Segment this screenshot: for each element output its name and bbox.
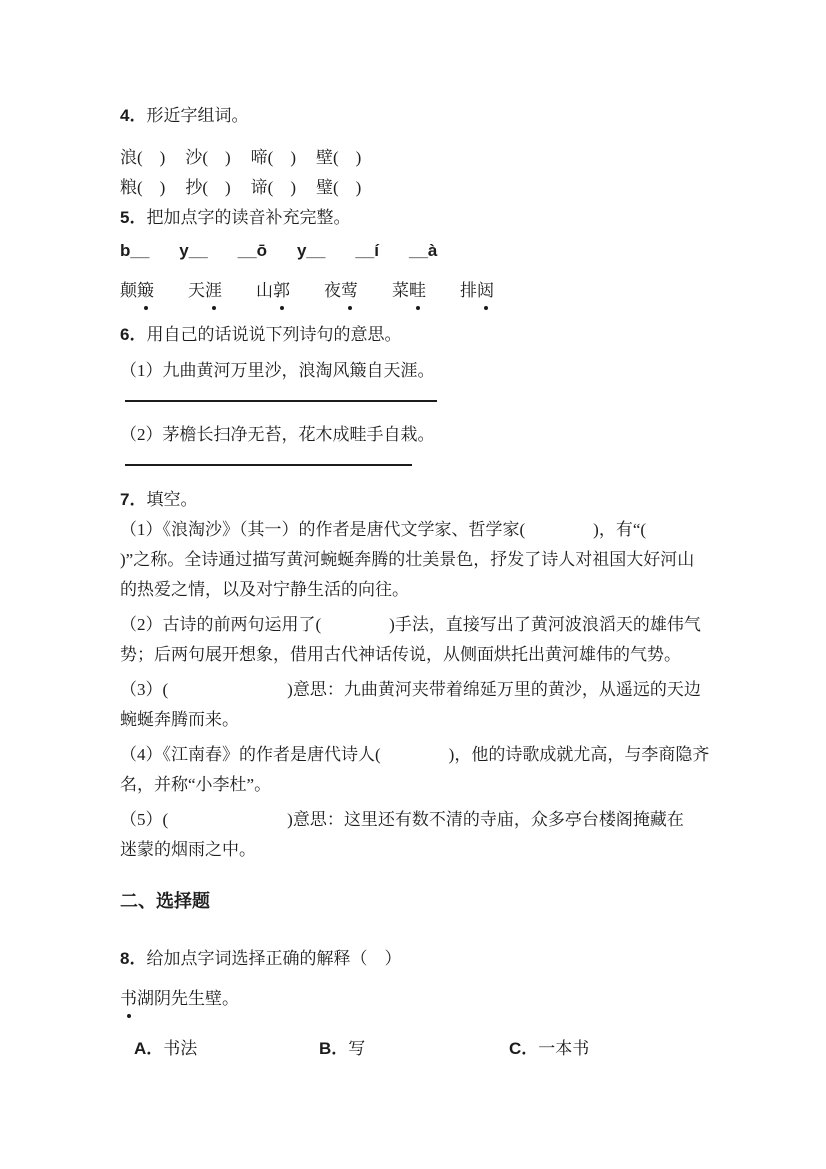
word-item: 颠簸 bbox=[120, 276, 154, 306]
option-b-letter: B． bbox=[319, 1039, 348, 1058]
word-item: 山郭 bbox=[256, 276, 290, 306]
fill-blank-line: 名，并称“小李杜”。 bbox=[120, 770, 716, 800]
pinyin-blank: __í bbox=[355, 236, 379, 266]
worksheet-page: 4．形近字组词。 浪( ) 沙( ) 啼( ) 壁( ) 粮( ) 抄( ) 谛… bbox=[0, 0, 826, 1169]
dotted-char: 涯 bbox=[205, 276, 222, 306]
word-item: 天涯 bbox=[188, 276, 222, 306]
fill-blank-line: （2）古诗的前两句运用了( )手法，直接写出了黄河波浪滔天的雄伟气 bbox=[120, 610, 716, 640]
question-7-title: 7．填空。 bbox=[120, 485, 716, 515]
worksheet-content: 4．形近字组词。 浪( ) 沙( ) 啼( ) 壁( ) 粮( ) 抄( ) 谛… bbox=[120, 101, 716, 1064]
pinyin-blank: b__ bbox=[120, 236, 149, 266]
question-4-text: 形近字组词。 bbox=[146, 106, 248, 125]
q4-row-1: 浪( ) 沙( ) 啼( ) 壁( ) bbox=[120, 143, 716, 173]
dotted-char: 簸 bbox=[137, 276, 154, 306]
poem-line-1: （1）九曲黄河万里沙，浪淘风簸自天涯。 bbox=[120, 356, 716, 386]
section-2-header: 二、选择题 bbox=[120, 886, 716, 916]
pinyin-blank: __à bbox=[409, 236, 437, 266]
q4-cell: 谛( ) bbox=[251, 173, 296, 203]
fill-blank-line: （3）( )意思：九曲黄河夹带着绵延万里的黄沙，从遥远的天边 bbox=[120, 675, 716, 705]
q4-cell: 抄( ) bbox=[185, 173, 230, 203]
word-item: 菜畦 bbox=[392, 276, 426, 306]
question-5-title: 5．把加点字的读音补充完整。 bbox=[120, 203, 716, 233]
question-5-text: 把加点字的读音补充完整。 bbox=[146, 208, 350, 227]
dotted-char: 闼 bbox=[477, 276, 494, 306]
fill-blank-line: 迷蒙的烟雨之中。 bbox=[120, 835, 716, 865]
q8-sentence-rest: 湖阴先生壁。 bbox=[137, 989, 239, 1008]
q4-cell: 沙( ) bbox=[185, 143, 230, 173]
q5-pinyin-row: b__ y__ __ō y__ __í __à bbox=[120, 236, 716, 266]
poem-line-2: （2）茅檐长扫净无苔，花木成畦手自栽。 bbox=[120, 420, 716, 450]
option-c-letter: C． bbox=[509, 1039, 538, 1058]
fill-blank-line: （5）( )意思：这里还有数不清的寺庙，众多亭台楼阁掩藏在 bbox=[120, 805, 716, 835]
pinyin-blank: y__ bbox=[179, 236, 207, 266]
option-a-label: 书法 bbox=[163, 1039, 197, 1058]
question-6-title: 6．用自己的话说说下列诗句的意思。 bbox=[120, 320, 716, 350]
dotted-char: 畦 bbox=[409, 276, 426, 306]
question-6-text: 用自己的话说说下列诗句的意思。 bbox=[146, 325, 401, 344]
dotted-char: 书 bbox=[120, 984, 137, 1014]
question-4-title: 4．形近字组词。 bbox=[120, 101, 716, 131]
q4-cell: 壁( ) bbox=[316, 143, 361, 173]
dotted-char: 郭 bbox=[273, 276, 290, 306]
question-4-number: 4． bbox=[120, 106, 146, 125]
option-c[interactable]: C．一本书 bbox=[509, 1034, 589, 1064]
question-8-title: 8．给加点字词选择正确的解释（ ） bbox=[120, 944, 716, 974]
question-7-text: 填空。 bbox=[146, 490, 197, 509]
q4-cell: 啼( ) bbox=[251, 143, 296, 173]
q4-cell: 璧( ) bbox=[316, 173, 361, 203]
option-c-label: 一本书 bbox=[538, 1039, 589, 1058]
option-b[interactable]: B．写 bbox=[319, 1034, 509, 1064]
fill-blank-line: （4）《江南春》的作者是唐代诗人( )，他的诗歌成就尤高，与李商隐齐 bbox=[120, 740, 716, 770]
fill-blank-line: （1）《浪淘沙》（其一）的作者是唐代文学家、哲学家( )，有“( bbox=[120, 515, 716, 545]
word-item: 夜莺 bbox=[324, 276, 358, 306]
q4-cell: 粮( ) bbox=[120, 173, 165, 203]
question-8-text: 给加点字词选择正确的解释（ ） bbox=[146, 949, 401, 968]
pinyin-blank: y__ bbox=[297, 236, 325, 266]
dotted-char: 莺 bbox=[341, 276, 358, 306]
q4-cell: 浪( ) bbox=[120, 143, 165, 173]
question-7-number: 7． bbox=[120, 490, 146, 509]
option-a[interactable]: A．书法 bbox=[134, 1034, 319, 1064]
fill-blank-line: )”之称。全诗通过描写黄河蜿蜒奔腾的壮美景色，抒发了诗人对祖国大好河山 bbox=[120, 545, 716, 575]
option-b-label: 写 bbox=[348, 1039, 365, 1058]
question-5-number: 5． bbox=[120, 208, 146, 227]
answer-blank-line bbox=[125, 450, 412, 466]
question-8-number: 8． bbox=[120, 949, 146, 968]
q5-words-row: 颠簸 天涯 山郭 夜莺 菜畦 排闼 bbox=[120, 276, 716, 306]
option-a-letter: A． bbox=[134, 1039, 163, 1058]
question-6-number: 6． bbox=[120, 325, 146, 344]
fill-blank-line: 蜿蜒奔腾而来。 bbox=[120, 705, 716, 735]
fill-blank-line: 的热爱之情，以及对宁静生活的向往。 bbox=[120, 575, 716, 605]
answer-blank-line bbox=[125, 386, 437, 402]
pinyin-blank: __ō bbox=[238, 236, 267, 266]
q4-row-2: 粮( ) 抄( ) 谛( ) 璧( ) bbox=[120, 173, 716, 203]
word-item: 排闼 bbox=[460, 276, 494, 306]
q8-sentence: 书湖阴先生壁。 bbox=[120, 984, 716, 1014]
fill-blank-line: 势；后两句展开想象，借用古代神话传说，从侧面烘托出黄河雄伟的气势。 bbox=[120, 640, 716, 670]
q8-options: A．书法 B．写 C．一本书 bbox=[120, 1034, 716, 1064]
